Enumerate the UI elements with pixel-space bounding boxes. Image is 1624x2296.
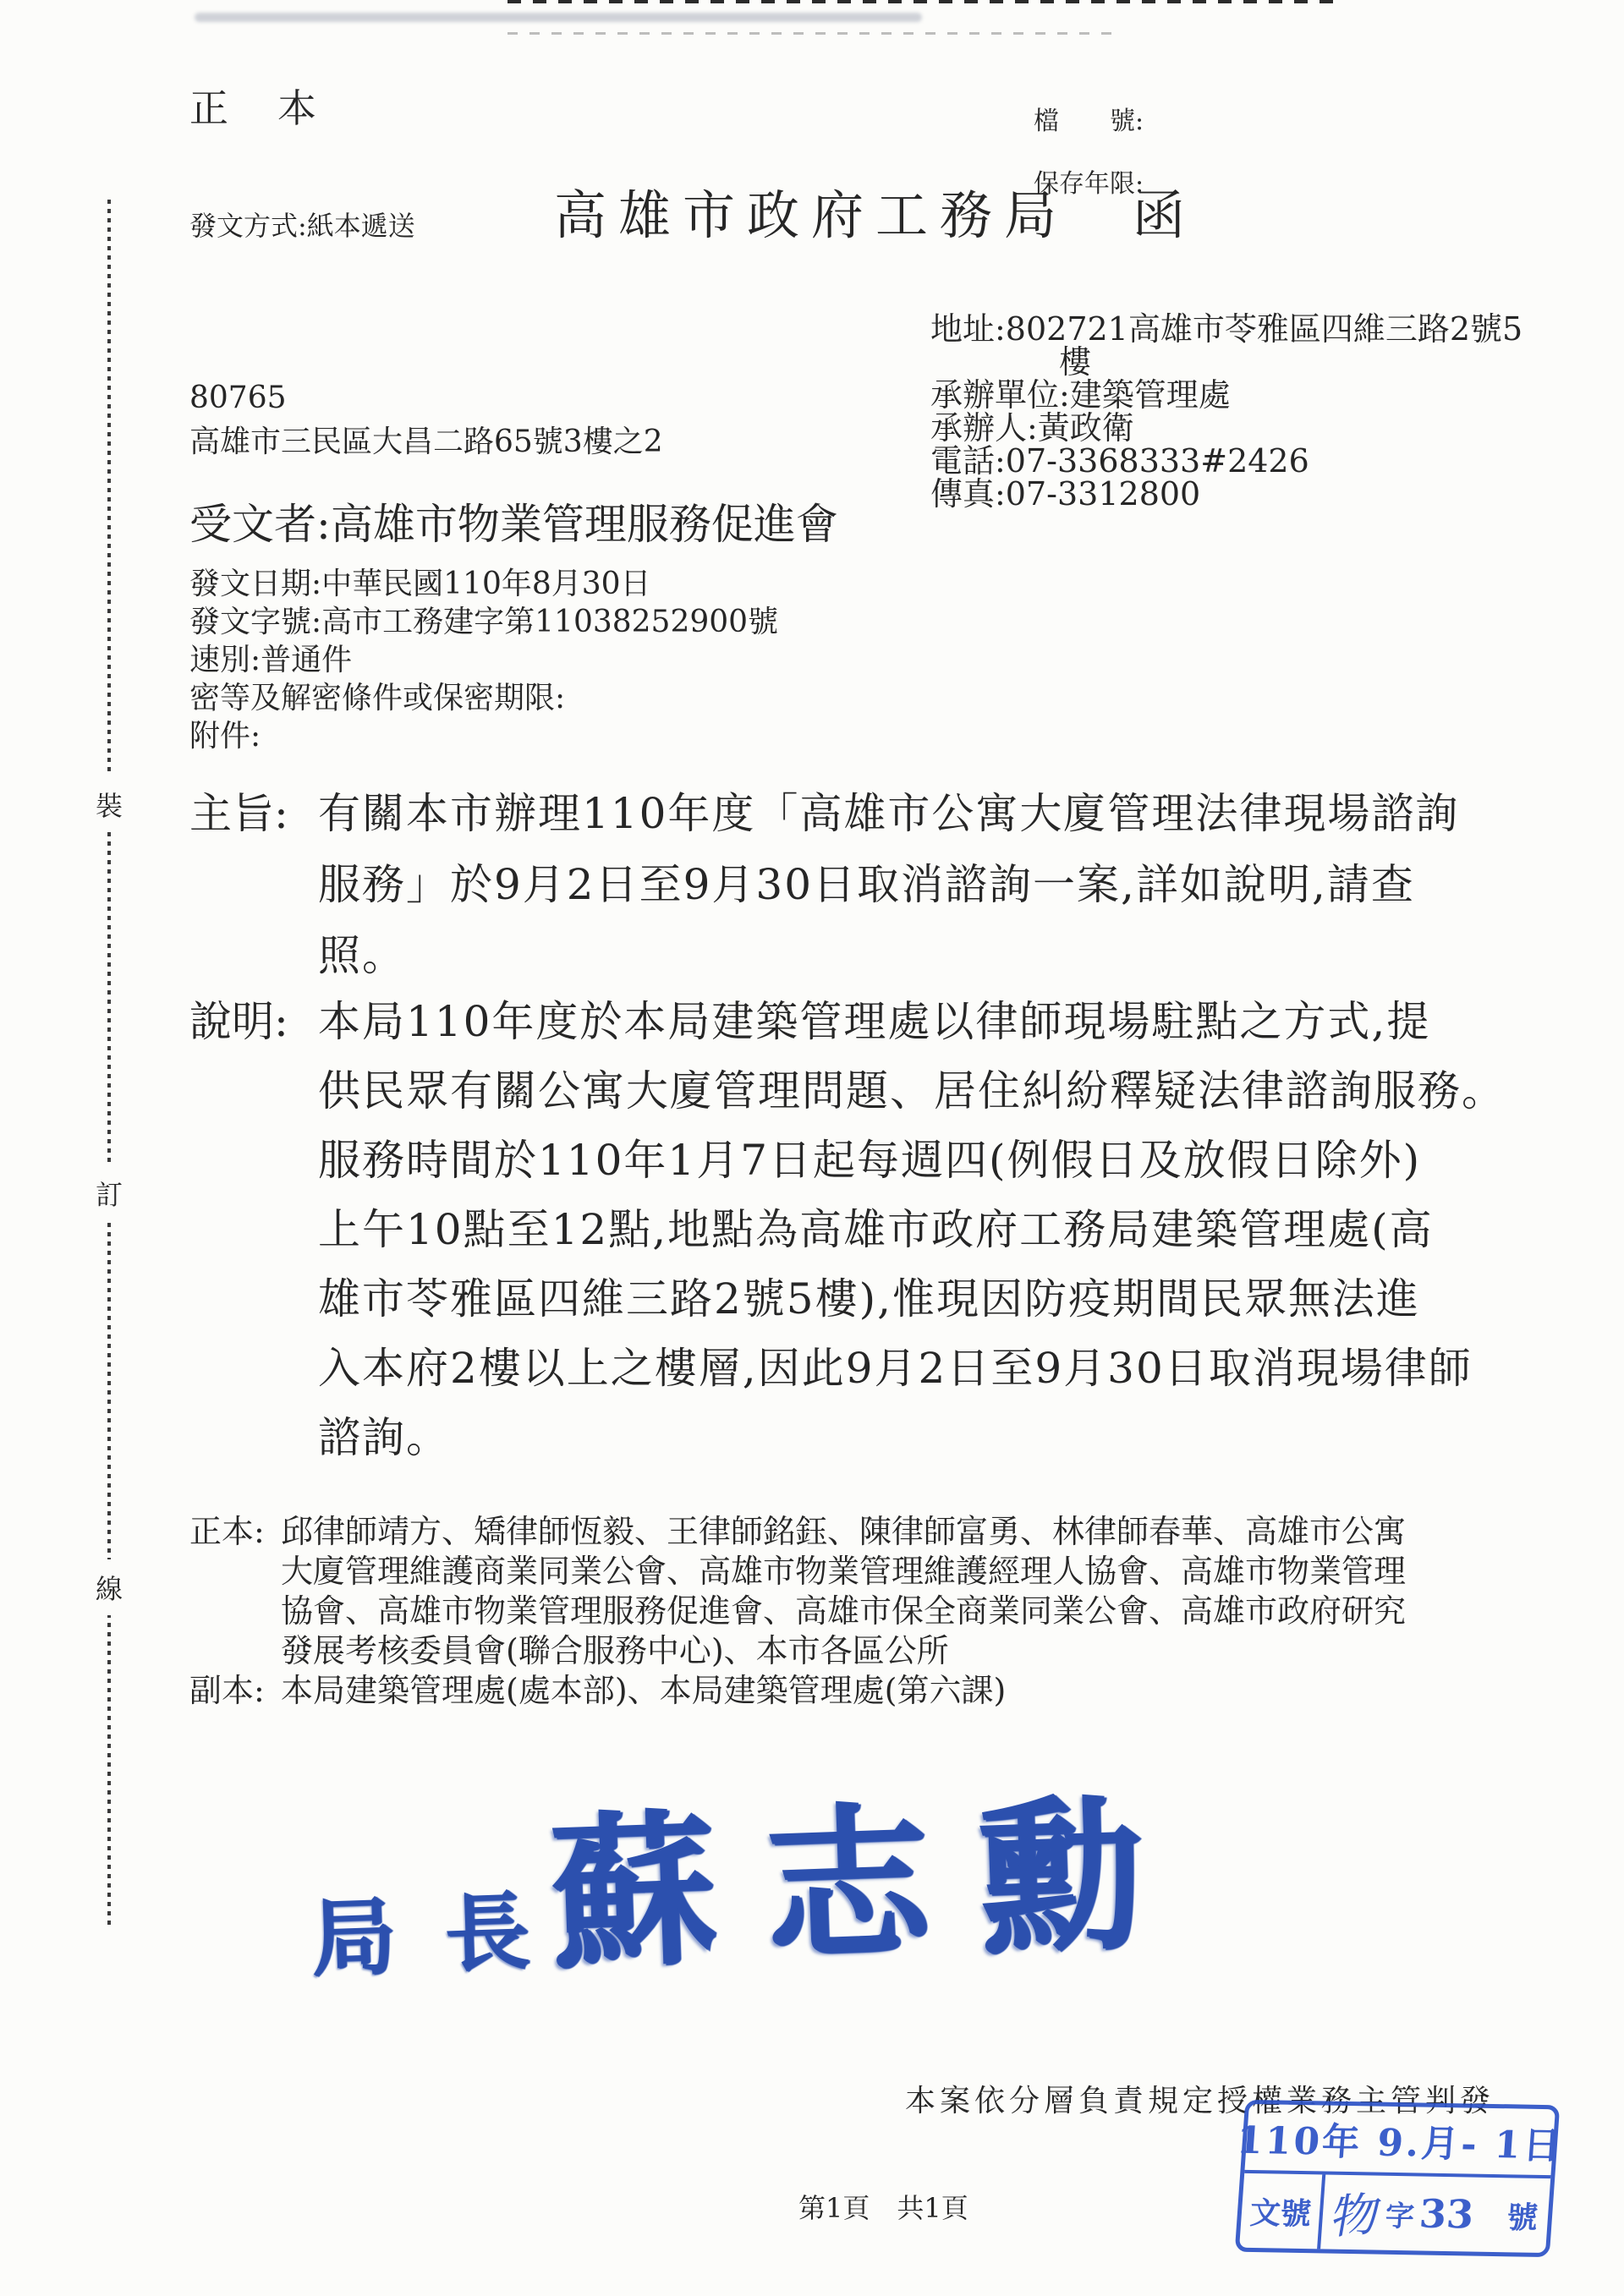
subject-line: 照。: [318, 922, 406, 983]
sender-address-line1: 地址:802721高雄市苓雅區四維三路2號5: [930, 303, 1522, 349]
sender-fax: 傳真:07-3312800: [930, 468, 1200, 514]
binding-char-zhuang: 裝: [94, 776, 124, 832]
explanation-line: 服務時間於110年1月7日起每週四(例假日及放假日除外): [318, 1126, 1421, 1187]
binding-dotted-line: [107, 200, 111, 1930]
scan-artifact-smudge: [195, 13, 922, 22]
delivery-method: 發文方式:紙本遞送: [189, 205, 415, 244]
explanation-line: 諮詢。: [318, 1404, 450, 1465]
stamp-serial-number: 33: [1418, 2190, 1475, 2237]
signature-title: 局長: [309, 1862, 580, 1993]
stamp-docno-label: 文號: [1239, 2173, 1325, 2249]
cc-copies-label: 副本:: [189, 1664, 265, 1711]
subject-line: 有關本市辦理110年度「高雄市公寓大廈管理法律現場諮詢: [318, 780, 1459, 841]
original-copies-label: 正本:: [189, 1505, 265, 1552]
scan-artifact-dashes-lower: [507, 32, 1116, 35]
explanation-label: 說明:: [189, 988, 288, 1049]
binding-char-ding: 訂: [94, 1165, 124, 1221]
issue-date: 發文日期:中華民國110年8月30日: [189, 560, 651, 603]
speed-class: 速別:普通件: [189, 636, 352, 679]
copy-type-label: 正 本: [189, 78, 321, 134]
security-class: 密等及解密條件或保密期限:: [189, 674, 565, 717]
explanation-line: 本局110年度於本局建築管理處以律師現場駐點之方式,提: [318, 988, 1430, 1049]
explanation-line: 供民眾有關公寓大廈管理問題、居住糾紛釋疑法律諮詢服務。: [318, 1057, 1506, 1118]
subject-line: 服務」於9月2日至9月30日取消諮詢一案,詳如說明,請查: [318, 851, 1415, 912]
document-title: 高雄市政府工務局 函: [554, 173, 1197, 249]
stamp-serial-prefix: 字: [1384, 2192, 1415, 2234]
explanation-line: 雄市苓雅區四維三路2號5樓),惟現因防疫期間民眾無法進: [318, 1265, 1420, 1326]
subject-label: 主旨:: [189, 780, 288, 841]
explanation-line: 入本府2樓以上之樓層,因此9月2日至9月30日取消現場律師: [318, 1334, 1473, 1395]
page-number-info: 第1頁 共1頁: [798, 2187, 968, 2226]
director-signature: 局長 蘇志勳: [293, 1738, 1272, 1992]
stamp-docno-row: 文號 物 字 33 號: [1239, 2170, 1550, 2253]
stamp-unit: 號: [1506, 2194, 1539, 2238]
document-number: 發文字號:高市工務建字第11038252900號: [189, 598, 778, 641]
stamp-docno-value: 物 字 33 號: [1320, 2175, 1550, 2254]
recipient-name-line: 受文者:高雄市物業管理服務促進會: [189, 490, 838, 551]
attachment-label: 附件:: [189, 712, 261, 755]
recipient-zipcode: 80765: [189, 381, 287, 415]
explanation-line: 上午10點至12點,地點為高雄市政府工務局建築管理處(高: [318, 1196, 1434, 1257]
receipt-date-stamp: 110年 9.月- 1日 文號 物 字 33 號: [1235, 2100, 1561, 2257]
recipient-address: 高雄市三民區大昌二路65號3樓之2: [189, 418, 663, 461]
cc-copies-line: 本局建築管理處(處本部)、本局建築管理處(第六課): [281, 1664, 1006, 1711]
stamp-handwritten-char: 物: [1326, 2177, 1386, 2248]
binding-char-xian: 線: [94, 1559, 124, 1615]
file-number-label: 檔 號:: [1034, 100, 1144, 137]
stamp-date: 110年 9.月- 1日: [1245, 2104, 1555, 2175]
document-page: 裝 訂 線 正 本 發文方式:紙本遞送 檔 號: 保存年限: 高雄市政府工務局 …: [0, 0, 1624, 2296]
scan-artifact-dashes-top: [507, 0, 1336, 3]
signature-name: 蘇志勳: [546, 1740, 1196, 1999]
